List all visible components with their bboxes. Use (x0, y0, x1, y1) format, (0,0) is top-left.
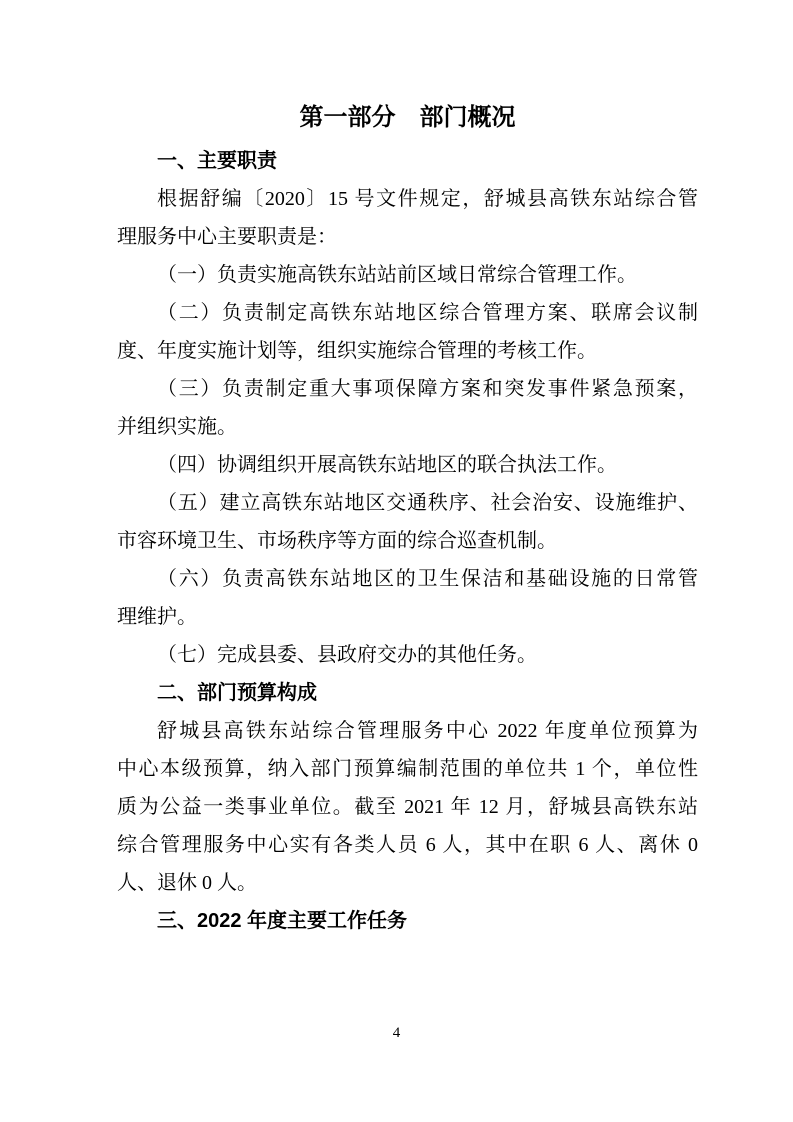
body-line: 舒城县高铁东站综合管理服务中心 2022 年度单位预算为 (117, 712, 698, 750)
body-line: 并组织实施。 (117, 408, 698, 446)
body-line: （一）负责实施高铁东站站前区域日常综合管理工作。 (117, 256, 698, 294)
body-line: （六）负责高铁东站地区的卫生保洁和基础设施的日常管 (117, 560, 698, 598)
body-line: 理维护。 (117, 598, 698, 636)
body-line: 根据舒编〔2020〕15 号文件规定，舒城县高铁东站综合管 (117, 180, 698, 218)
section-heading-budget-composition: 二、部门预算构成 (117, 674, 698, 712)
body-line: （二）负责制定高铁东站地区综合管理方案、联席会议制 (117, 294, 698, 332)
document-page: 第一部分 部门概况 一、主要职责 根据舒编〔2020〕15 号文件规定，舒城县高… (0, 0, 793, 1122)
document-content: 第一部分 部门概况 一、主要职责 根据舒编〔2020〕15 号文件规定，舒城县高… (117, 98, 698, 940)
body-line: （七）完成县委、县政府交办的其他任务。 (117, 636, 698, 674)
body-line: 质为公益一类事业单位。截至 2021 年 12 月，舒城县高铁东站 (117, 788, 698, 826)
body-line: 度、年度实施计划等，组织实施综合管理的考核工作。 (117, 332, 698, 370)
section-heading-main-duties: 一、主要职责 (117, 142, 698, 180)
body-line: 市容环境卫生、市场秩序等方面的综合巡查机制。 (117, 522, 698, 560)
page-number: 4 (0, 1023, 793, 1043)
body-line: 理服务中心主要职责是： (117, 218, 698, 256)
body-line: （四）协调组织开展高铁东站地区的联合执法工作。 (117, 446, 698, 484)
body-line: （三）负责制定重大事项保障方案和突发事件紧急预案， (117, 370, 698, 408)
document-title: 第一部分 部门概况 (117, 98, 698, 138)
body-line: 综合管理服务中心实有各类人员 6 人，其中在职 6 人、离休 0 (117, 826, 698, 864)
body-line: 人、退休 0 人。 (117, 864, 698, 902)
section-heading-2022-work-tasks: 三、2022 年度主要工作任务 (117, 902, 698, 940)
body-line: 中心本级预算，纳入部门预算编制范围的单位共 1 个，单位性 (117, 750, 698, 788)
body-line: （五）建立高铁东站地区交通秩序、社会治安、设施维护、 (117, 484, 698, 522)
